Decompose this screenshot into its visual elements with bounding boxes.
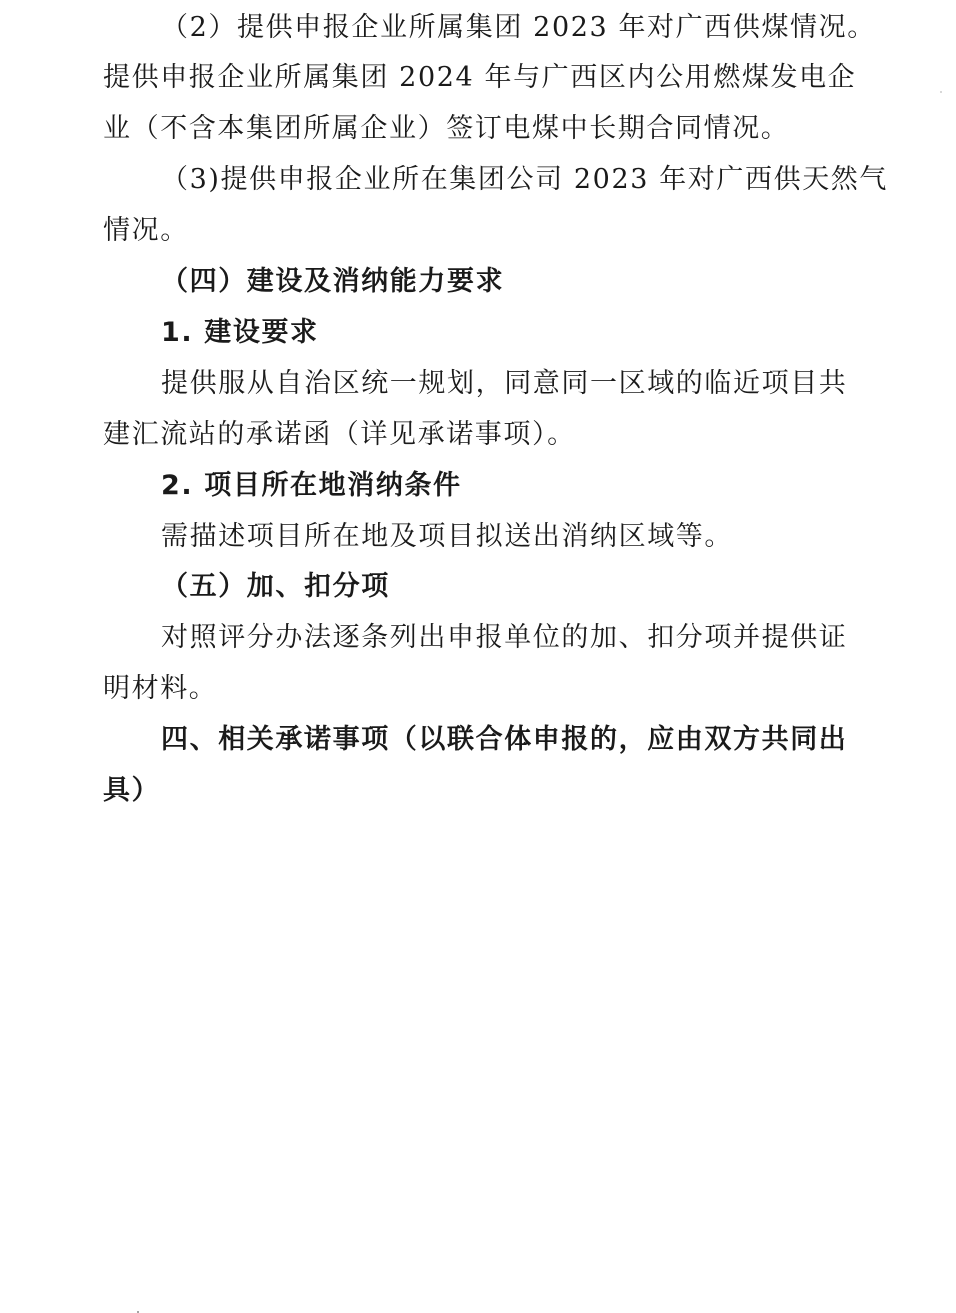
section-heading-commitments-line-2: 具） xyxy=(103,771,160,811)
paragraph-item-3-line-1: （3)提供申报企业所在集团公司 2023 年对广西供天然气 xyxy=(161,160,888,200)
section-heading-5: （五）加、扣分项 xyxy=(161,567,390,607)
paragraph-construction-line-1: 提供服从自治区统一规划，同意同一区域的临近项目共 xyxy=(161,364,847,404)
scan-speck xyxy=(940,91,942,93)
section-heading-4: （四）建设及消纳能力要求 xyxy=(161,262,504,302)
paragraph-item-2-line-2: 提供申报企业所属集团 2024 年与广西区内公用燃煤发电企 xyxy=(103,58,856,98)
subheading-construction-requirements: 1. 建设要求 xyxy=(161,313,319,353)
subheading-consumption-conditions: 2. 项目所在地消纳条件 xyxy=(161,466,462,506)
paragraph-item-3-line-2: 情况。 xyxy=(103,211,189,251)
paragraph-consumption: 需描述项目所在地及项目拟送出消纳区域等。 xyxy=(161,517,733,557)
paragraph-scoring-line-2: 明材料。 xyxy=(103,669,217,709)
paragraph-scoring-line-1: 对照评分办法逐条列出申报单位的加、扣分项并提供证 xyxy=(161,618,847,658)
paragraph-item-2-line-3: 业（不含本集团所属企业）签订电煤中长期合同情况。 xyxy=(103,109,789,149)
paragraph-construction-line-2: 建汇流站的承诺函（详见承诺事项）。 xyxy=(103,415,576,455)
paragraph-item-2-line-1: （2）提供申报企业所属集团 2023 年对广西供煤情况。 xyxy=(161,8,876,48)
section-heading-commitments-line-1: 四、相关承诺事项（以联合体申报的，应由双方共同出 xyxy=(161,720,847,760)
